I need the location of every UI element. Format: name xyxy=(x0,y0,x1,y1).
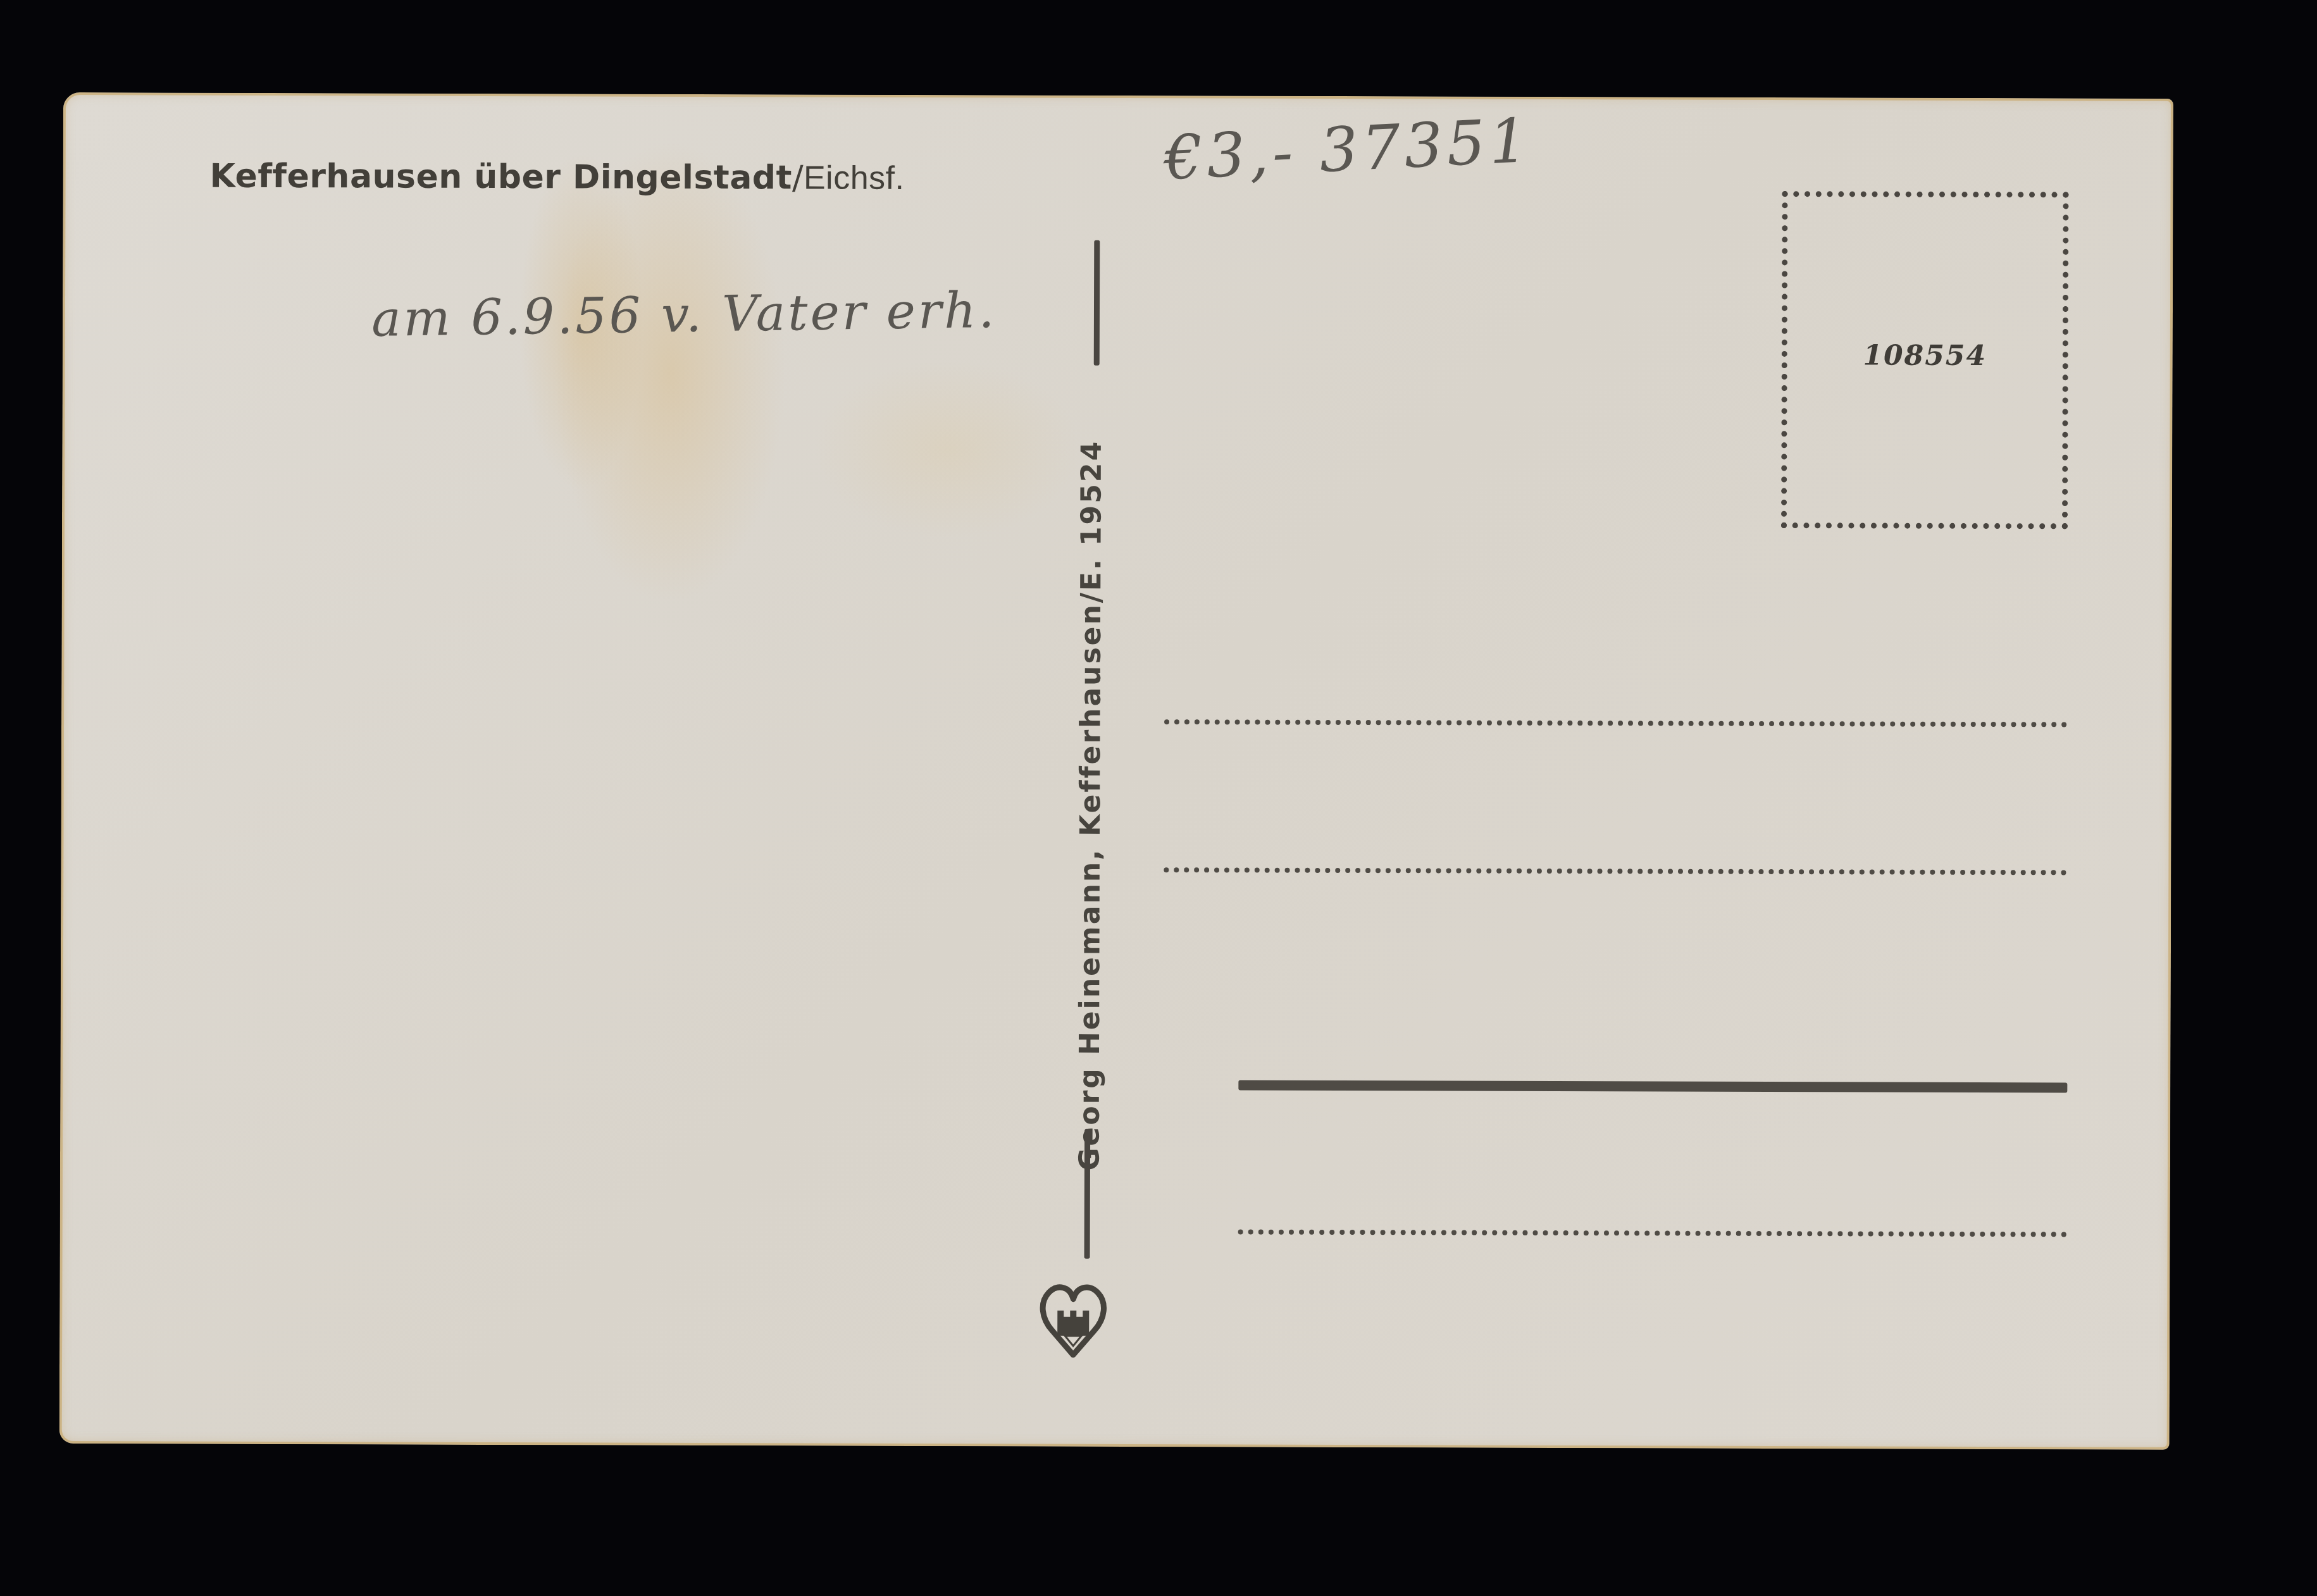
stamp-box-number: 108554 xyxy=(1787,339,2063,372)
address-line-2 xyxy=(1164,867,2066,875)
address-line-4 xyxy=(1238,1230,2067,1237)
region-name: Eichsf. xyxy=(804,159,905,196)
header-separator: / xyxy=(792,159,804,197)
publisher-imprint-text: Georg Heinemann, Kefferhausen/E. 19524 xyxy=(1073,440,1107,1171)
heart-castle-logo-icon xyxy=(1038,1280,1108,1359)
stamp-box: 108554 xyxy=(1781,191,2069,529)
handwritten-note: am 6.9.56 v. Vater erh. xyxy=(371,282,997,348)
divider-line-top xyxy=(1094,240,1100,366)
address-line-3-solid xyxy=(1238,1080,2067,1093)
postcard: Kefferhausen über Dingelstadt/Eichsf. €3… xyxy=(59,92,2173,1450)
printed-place-header: Kefferhausen über Dingelstadt/Eichsf. xyxy=(210,158,905,197)
place-name: Kefferhausen über Dingelstadt xyxy=(210,158,793,197)
address-line-1 xyxy=(1164,719,2067,727)
divider-line-bottom xyxy=(1084,1129,1091,1259)
archive-number: €3,- 37351 xyxy=(1162,105,1533,194)
